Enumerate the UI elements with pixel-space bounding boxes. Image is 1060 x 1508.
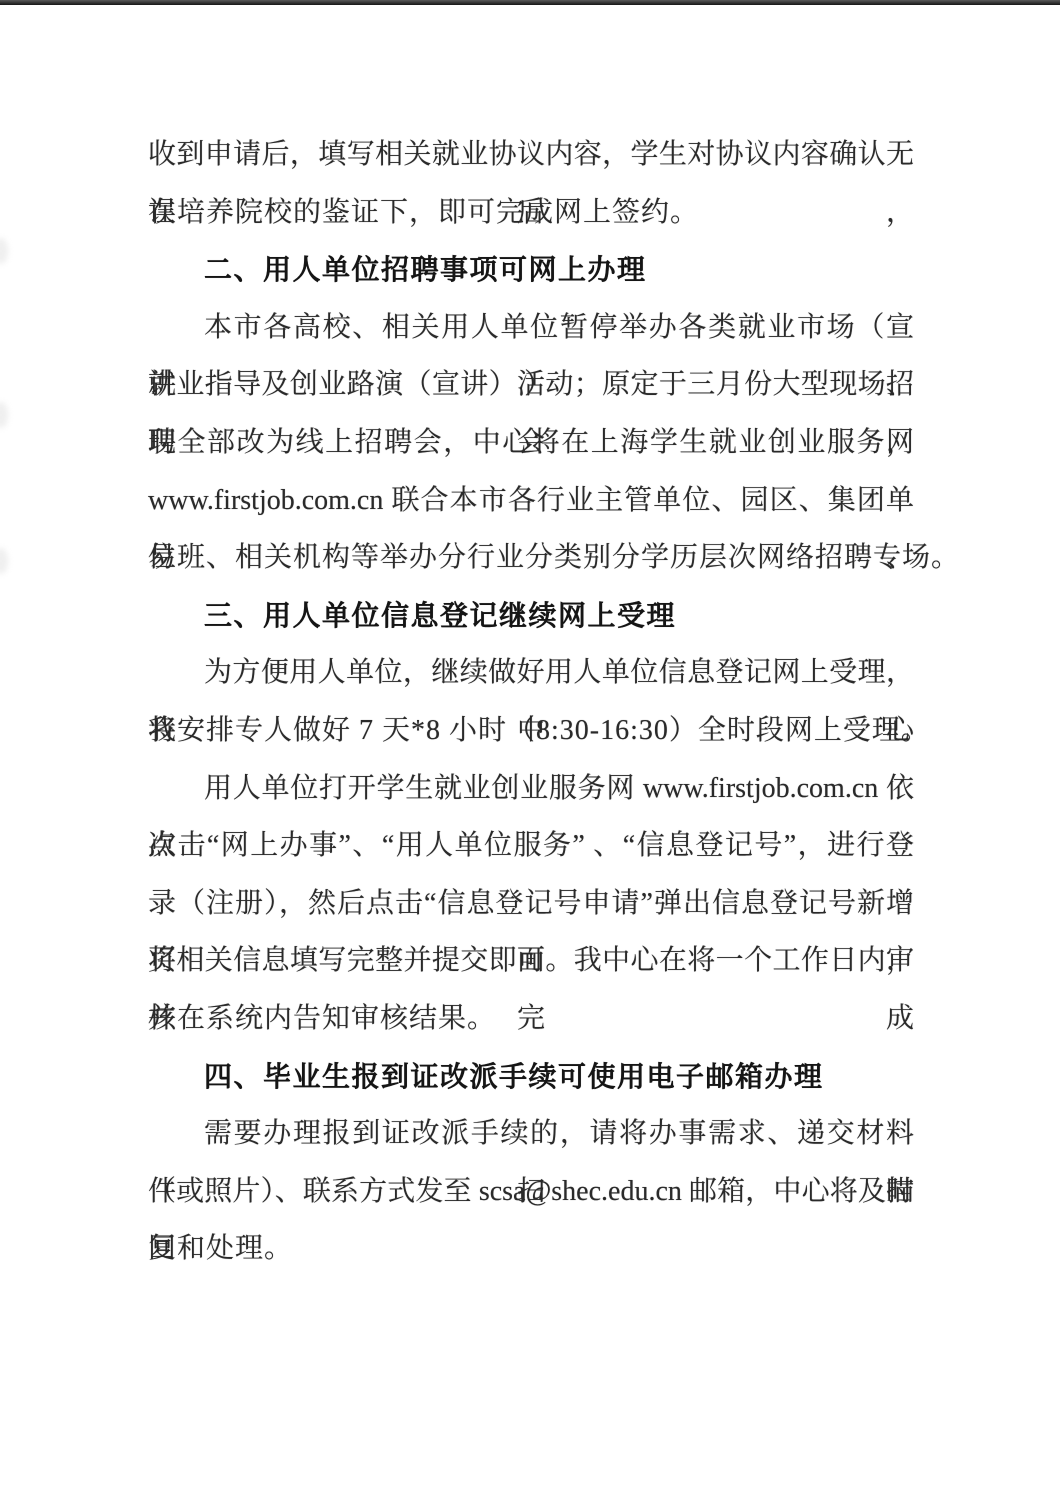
text-line: 录（注册），然后点击“信息登记号申请”弹出信息登记号新增页面， bbox=[148, 875, 914, 933]
text-line: 本市各高校、相关用人单位暂停举办各类就业市场（宣讲）、 bbox=[148, 299, 914, 357]
text-line: 将相关信息填写完整并提交即可。我中心在将一个工作日内审核完成 bbox=[148, 932, 914, 990]
text-line: 收到申请后，填写相关就业协议内容，学生对协议内容确认无误后， bbox=[148, 126, 914, 184]
text-line: 件或照片）、联系方式发至 scsa@shec.edu.cn 邮箱，中心将及时回 bbox=[148, 1163, 914, 1221]
section-heading: 二、用人单位招聘事项可网上办理 bbox=[148, 241, 914, 299]
document-body: 收到申请后，填写相关就业协议内容，学生对协议内容确认无误后，在培养院校的鉴证下，… bbox=[148, 126, 914, 1278]
text-line: 为方便用人单位，继续做好用人单位信息登记网上受理，我中心 bbox=[148, 644, 914, 702]
text-line: 就业指导及创业路演（宣讲）活动；原定于三月份大型现场招聘会， bbox=[148, 356, 914, 414]
scan-smudge bbox=[0, 402, 8, 428]
section-heading: 三、用人单位信息登记继续网上受理 bbox=[148, 587, 914, 645]
section-heading: 四、毕业生报到证改派手续可使用电子邮箱办理 bbox=[148, 1048, 914, 1106]
text-line: 易班、相关机构等举办分行业分类别分学历层次网络招聘专场。 bbox=[148, 529, 914, 587]
text-line: www.firstjob.com.cn 联合本市各行业主管单位、园区、集团单位、 bbox=[148, 472, 914, 530]
text-line: 用人单位打开学生就业创业服务网 www.firstjob.com.cn 依次 bbox=[148, 760, 914, 818]
scan-smudge bbox=[0, 238, 8, 264]
text-line: 点击“网上办事”、“用人单位服务” 、“信息登记号”，进行登 bbox=[148, 817, 914, 875]
text-line: 将安排专人做好 7 天*8 小时（8:30-16:30）全时段网上受理。 bbox=[148, 702, 914, 760]
text-line: 需要办理报到证改派手续的，请将办事需求、递交材料（扫描 bbox=[148, 1105, 914, 1163]
scan-smudge bbox=[0, 548, 8, 574]
scanner-edge-strip bbox=[0, 0, 1060, 5]
scanned-document-page: 收到申请后，填写相关就业协议内容，学生对协议内容确认无误后，在培养院校的鉴证下，… bbox=[0, 0, 1060, 1508]
text-line: 复和处理。 bbox=[148, 1220, 914, 1278]
text-line: 现全部改为线上招聘会，中心将在上海学生就业创业服务网 bbox=[148, 414, 914, 472]
